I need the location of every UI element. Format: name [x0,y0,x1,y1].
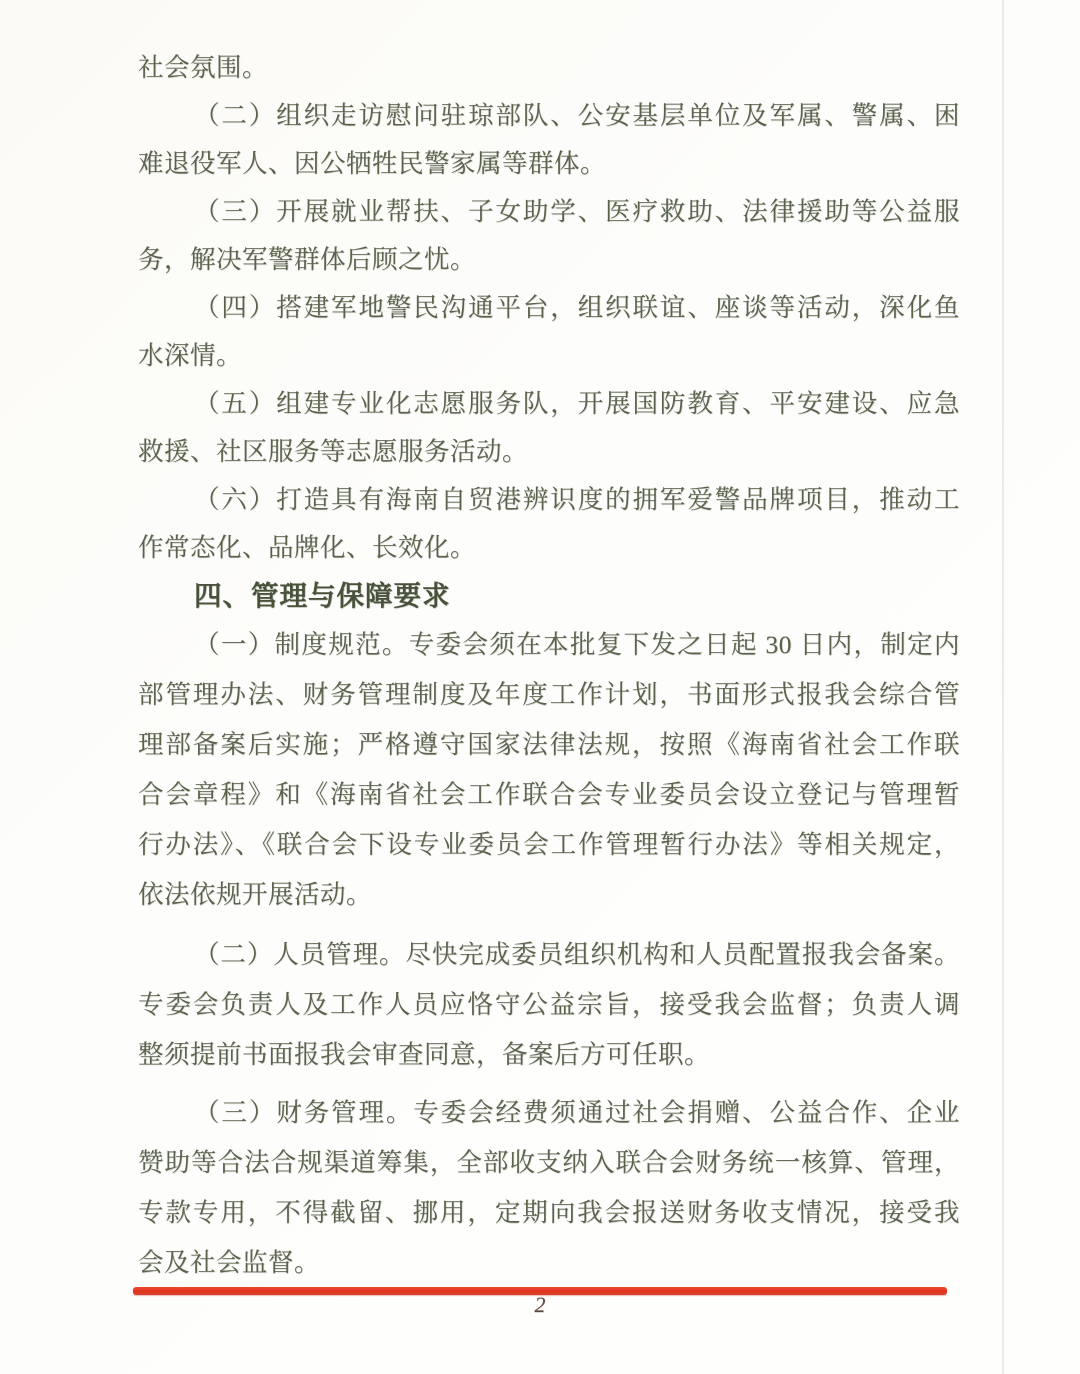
document-page: 社会氛围。（二）组织走访慰问驻琼部队、公安基层单位及军属、警属、困难退役军人、因… [0,0,1080,1374]
document-line: （四）搭建军地警民沟通平台，组织联谊、座谈等活动，深化鱼 [138,284,960,332]
document-line: 专委会负责人及工作人员应恪守公益宗旨，接受我会监督；负责人调 [138,980,960,1030]
document-line: （一）制度规范。专委会须在本批复下发之日起 30 日内，制定内 [138,620,960,670]
document-line: 务，解决军警群体后顾之忧。 [138,236,960,284]
document-line: （六）打造具有海南自贸港辨识度的拥军爱警品牌项目，推动工 [138,476,960,524]
page-number: 2 [0,1292,1080,1318]
document-line: 整须提前书面报我会审查同意，备案后方可任职。 [138,1030,960,1080]
document-line: 专款专用，不得截留、挪用，定期向我会报送财务收支情况，接受我 [138,1188,960,1238]
document-line: 理部备案后实施；严格遵守国家法律法规，按照《海南省社会工作联 [138,720,960,770]
document-line: 社会氛围。 [138,44,960,92]
document-line: 难退役军人、因公牺牲民警家属等群体。 [138,140,960,188]
document-line: 会及社会监督。 [138,1238,960,1288]
document-line: 水深情。 [138,332,960,380]
document-line: 赞助等合法合规渠道筹集，全部收支纳入联合会财务统一核算、管理， [138,1138,960,1188]
document-line: 救援、社区服务等志愿服务活动。 [138,428,960,476]
document-line: （三）财务管理。专委会经费须通过社会捐赠、公益合作、企业 [138,1088,960,1138]
document-line: （五）组建专业化志愿服务队，开展国防教育、平安建设、应急 [138,380,960,428]
document-line: （三）开展就业帮扶、子女助学、医疗救助、法律援助等公益服 [138,188,960,236]
document-line: （二）人员管理。尽快完成委员组织机构和人员配置报我会备案。 [138,930,960,980]
document-line: 依法依规开展活动。 [138,870,960,920]
document-line: 作常态化、品牌化、长效化。 [138,524,960,572]
document-body: 社会氛围。（二）组织走访慰问驻琼部队、公安基层单位及军属、警属、困难退役军人、因… [138,44,960,1288]
document-line: （二）组织走访慰问驻琼部队、公安基层单位及军属、警属、困 [138,92,960,140]
document-line: 行办法》、《联合会下设专业委员会工作管理暂行办法》等相关规定， [138,820,960,870]
scan-edge-shadow [1002,0,1004,1374]
document-line: 四、管理与保障要求 [138,572,960,620]
document-line: 合会章程》和《海南省社会工作联合会专业委员会设立登记与管理暂 [138,770,960,820]
document-line: 部管理办法、财务管理制度及年度工作计划，书面形式报我会综合管 [138,670,960,720]
